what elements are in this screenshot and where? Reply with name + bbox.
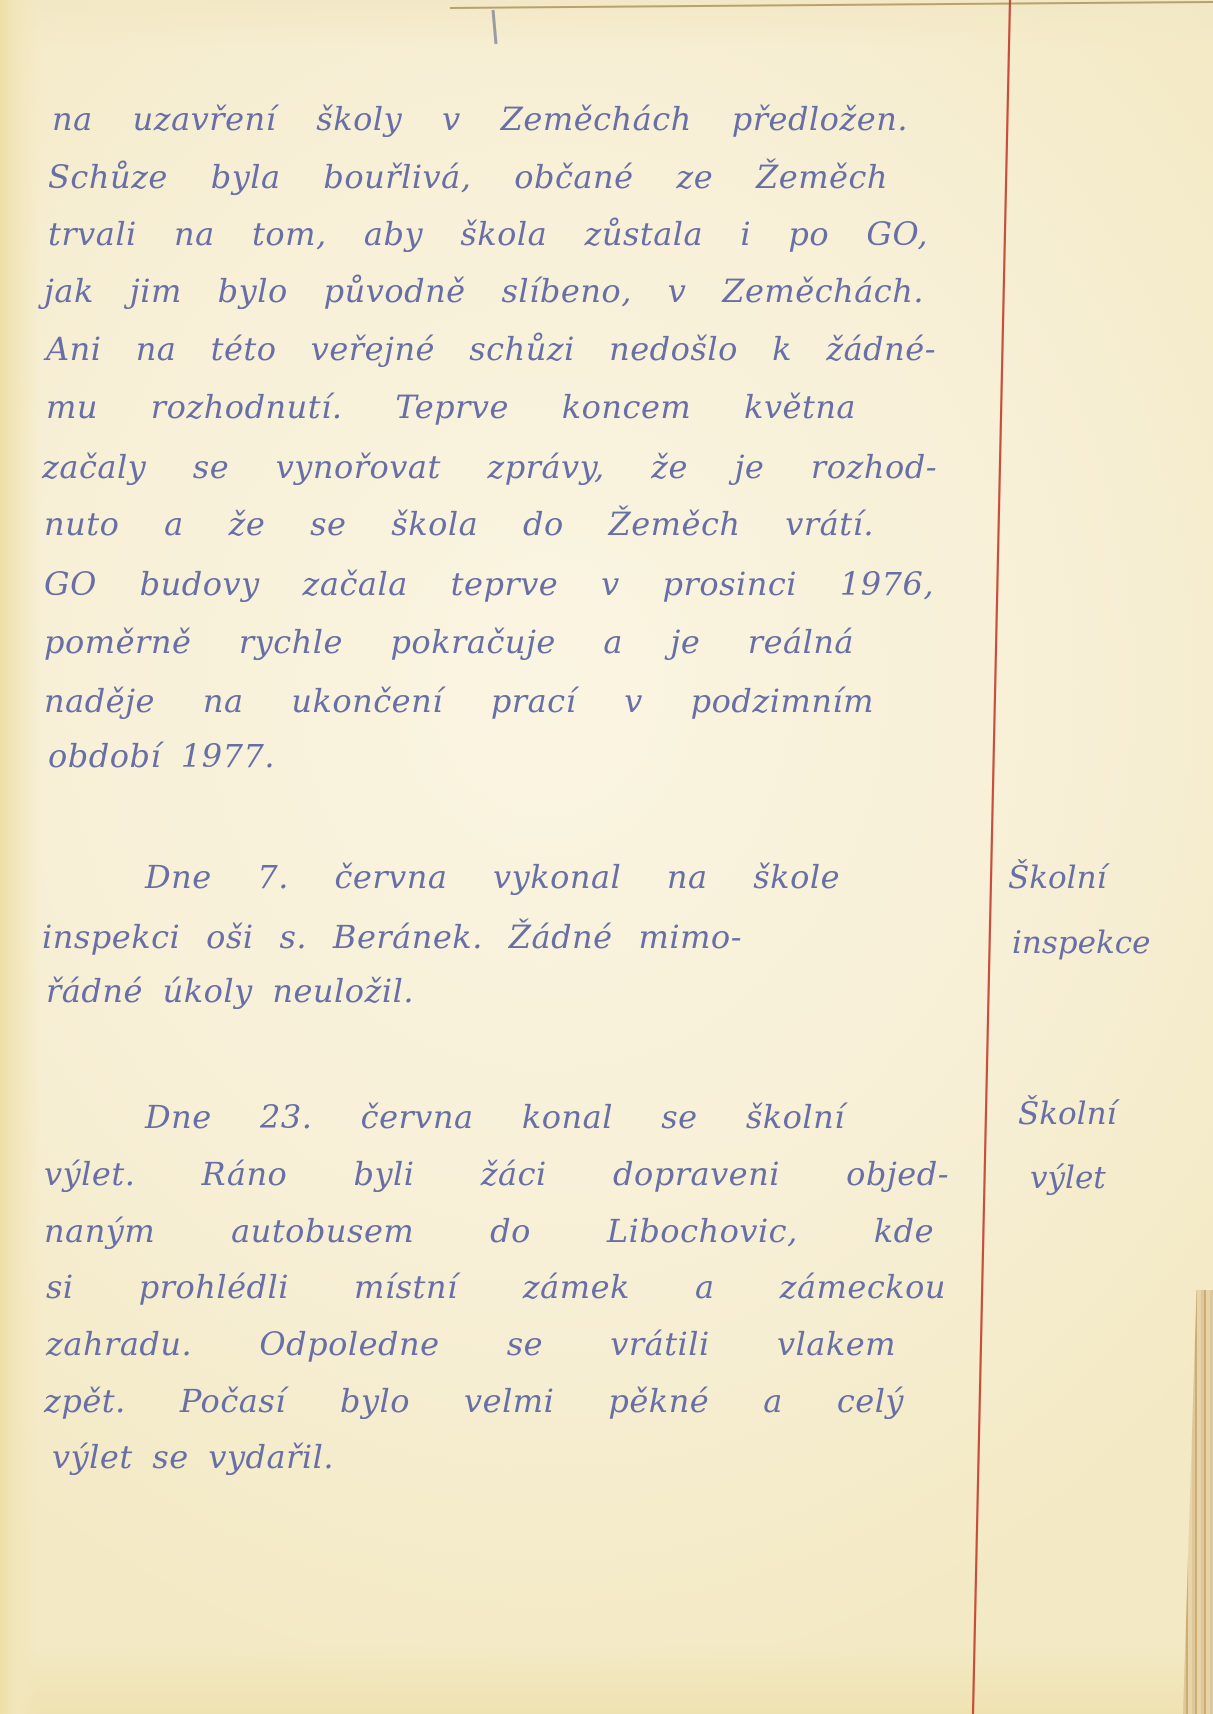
text-line: si prohlédli místní zámek a zámeckou xyxy=(46,1268,946,1306)
margin-note-line: výlet xyxy=(1030,1160,1106,1196)
text-line: výlet se vydařil. xyxy=(52,1438,334,1476)
text-line: jak jim bylo původně slíbeno, v Zeměchác… xyxy=(44,272,924,310)
text-line: zpět. Počasí bylo velmi pěkné a celý xyxy=(44,1382,904,1420)
margin-rule-line xyxy=(973,0,1010,1714)
book-page-stack-edge xyxy=(1183,1290,1213,1714)
text-line: inspekci oši s. Beránek. Žádné mimo- xyxy=(42,918,742,956)
text-line: řádné úkoly neuložil. xyxy=(46,972,414,1010)
text-line: výlet. Ráno byli žáci dopraveni objed- xyxy=(44,1155,949,1193)
chronicle-page: na uzavření školy v Zeměchách předložen.… xyxy=(0,0,1213,1714)
text-line: naným autobusem do Libochovic, kde xyxy=(44,1212,934,1250)
text-line: naděje na ukončení prací v podzimním xyxy=(44,682,874,720)
text-line: poměrně rychle pokračuje a je reálná xyxy=(44,623,854,661)
page-mark xyxy=(493,10,496,44)
text-line: na uzavření školy v Zeměchách předložen. xyxy=(52,100,908,138)
top-edge-line xyxy=(450,2,1213,8)
margin-note-line: Školní xyxy=(1018,1096,1116,1132)
text-line: nuto a že se škola do Žeměch vrátí. xyxy=(44,505,874,543)
text-line: trvali na tom, aby škola zůstala i po GO… xyxy=(48,215,928,253)
text-line: Dne 7. června vykonal na škole xyxy=(145,858,840,896)
text-line: začaly se vynořovat zprávy, že je rozhod… xyxy=(42,448,937,486)
text-line: mu rozhodnutí. Teprve koncem května xyxy=(46,388,856,426)
text-line: Ani na této veřejné schůzi nedošlo k žád… xyxy=(46,330,936,368)
margin-note-line: Školní xyxy=(1008,860,1106,896)
text-line: Schůze byla bouřlivá, občané ze Žeměch xyxy=(48,158,888,196)
text-line: období 1977. xyxy=(48,737,275,775)
text-line: GO budovy začala teprve v prosinci 1976, xyxy=(44,565,934,603)
text-line: Dne 23. června konal se školní xyxy=(145,1098,845,1136)
text-line: zahradu. Odpoledne se vrátili vlakem xyxy=(46,1325,896,1363)
margin-note-line: inspekce xyxy=(1012,925,1150,961)
